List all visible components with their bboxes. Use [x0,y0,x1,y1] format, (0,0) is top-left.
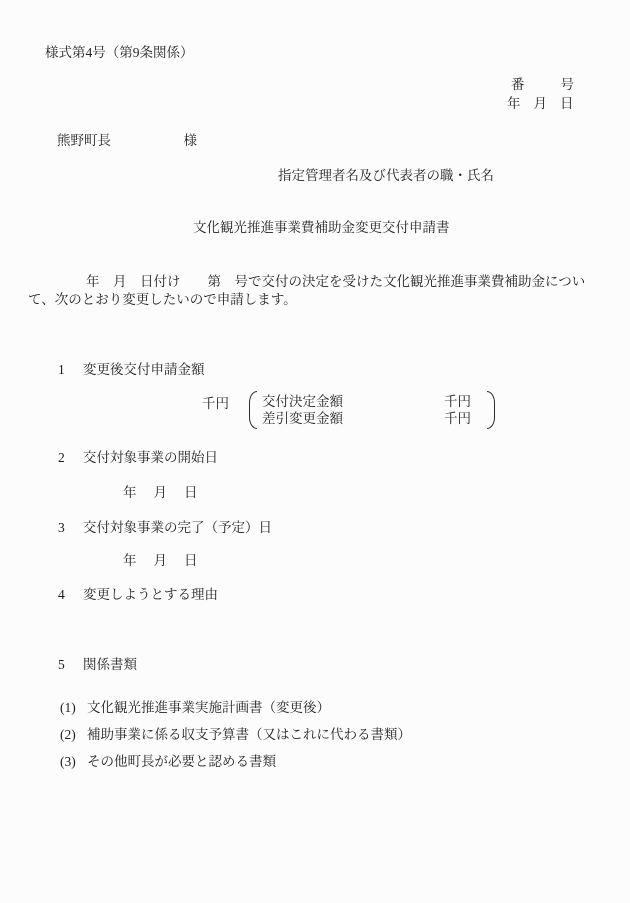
start-date-year-label: 年 [123,485,137,500]
header-date-month-label: 月 [534,96,548,111]
addressee-row: 熊野町長 様 [57,133,197,148]
item-2-label: 交付対象事業の開始日 [83,450,218,465]
amount-detail-block: 交付決定金額 千円 差引変更金額 千円 [262,394,471,426]
item-3-row: 3 交付対象事業の完了（予定）日 [58,520,272,535]
attachment-3-row: (3) その他町長が必要と認める書類 [60,754,276,769]
header-date-year-label: 年 [507,96,521,111]
attachment-1-number: (1) [60,700,87,715]
header-date-day-label: 日 [560,96,574,111]
difference-amount-label: 差引変更金額 [262,411,343,427]
item-5-label: 関係書類 [83,657,137,672]
decided-amount-label: 交付決定金額 [262,394,343,410]
amount-row-decided: 交付決定金額 千円 [262,394,471,410]
start-date-day-label: 日 [184,485,198,500]
amount-row-difference: 差引変更金額 千円 [262,411,471,427]
item-1-row: 1 変更後交付申請金額 [58,362,205,377]
ref-number-row: 番 号 [511,77,574,92]
attachment-3-label: その他町長が必要と認める書類 [87,754,276,769]
end-date-row: 年 月 日 [123,553,198,568]
attachment-1-row: (1) 文化観光推進事業実施計画書（変更後） [60,700,330,715]
end-date-year-label: 年 [123,553,137,568]
header-date-row: 年 月 日 [507,96,574,111]
left-bracket [249,391,257,429]
attachment-2-row: (2) 補助事業に係る収支予算書（又はこれに代わる書類） [60,727,411,742]
item-1-number: 1 [58,362,83,377]
item-4-row: 4 変更しようとする理由 [58,587,218,602]
body-line-2: て、次のとおり変更したいので申請します。 [28,292,297,307]
ref-number-label-ban: 番 [511,77,525,92]
end-date-day-label: 日 [184,553,198,568]
start-date-row: 年 月 日 [123,485,198,500]
item-2-number: 2 [58,450,83,465]
amount-unit: 千円 [202,396,229,411]
attachment-3-number: (3) [60,754,87,769]
item-5-number: 5 [58,657,83,672]
addressee-name: 熊野町長 [57,133,111,148]
ref-number-label-go: 号 [561,77,575,92]
signer-label: 指定管理者名及び代表者の職・氏名 [278,168,494,183]
item-2-row: 2 交付対象事業の開始日 [58,450,218,465]
difference-amount-unit: 千円 [444,411,471,427]
end-date-month-label: 月 [154,553,168,568]
body-line-1: 年 月 日付け 第 号で交付の決定を受けた文化観光推進事業費補助金につい [86,274,585,289]
item-3-label: 交付対象事業の完了（予定）日 [83,520,272,535]
doc-title: 文化観光推進事業費補助金変更交付申請書 [193,220,450,235]
item-4-label: 変更しようとする理由 [83,587,218,602]
attachment-2-number: (2) [60,727,87,742]
item-3-number: 3 [58,520,83,535]
addressee-honorific: 様 [184,133,198,148]
document-page: 様式第4号（第9条関係） 番 号 年 月 日 熊野町長 様 指定管理者名及び代表… [0,0,630,903]
right-bracket [487,391,495,429]
attachment-1-label: 文化観光推進事業実施計画書（変更後） [87,700,330,715]
item-5-row: 5 関係書類 [58,657,137,672]
item-1-label: 変更後交付申請金額 [83,362,205,377]
decided-amount-unit: 千円 [444,394,471,410]
item-4-number: 4 [58,587,83,602]
form-number: 様式第4号（第9条関係） [45,45,194,60]
attachment-2-label: 補助事業に係る収支予算書（又はこれに代わる書類） [87,727,411,742]
start-date-month-label: 月 [154,485,168,500]
